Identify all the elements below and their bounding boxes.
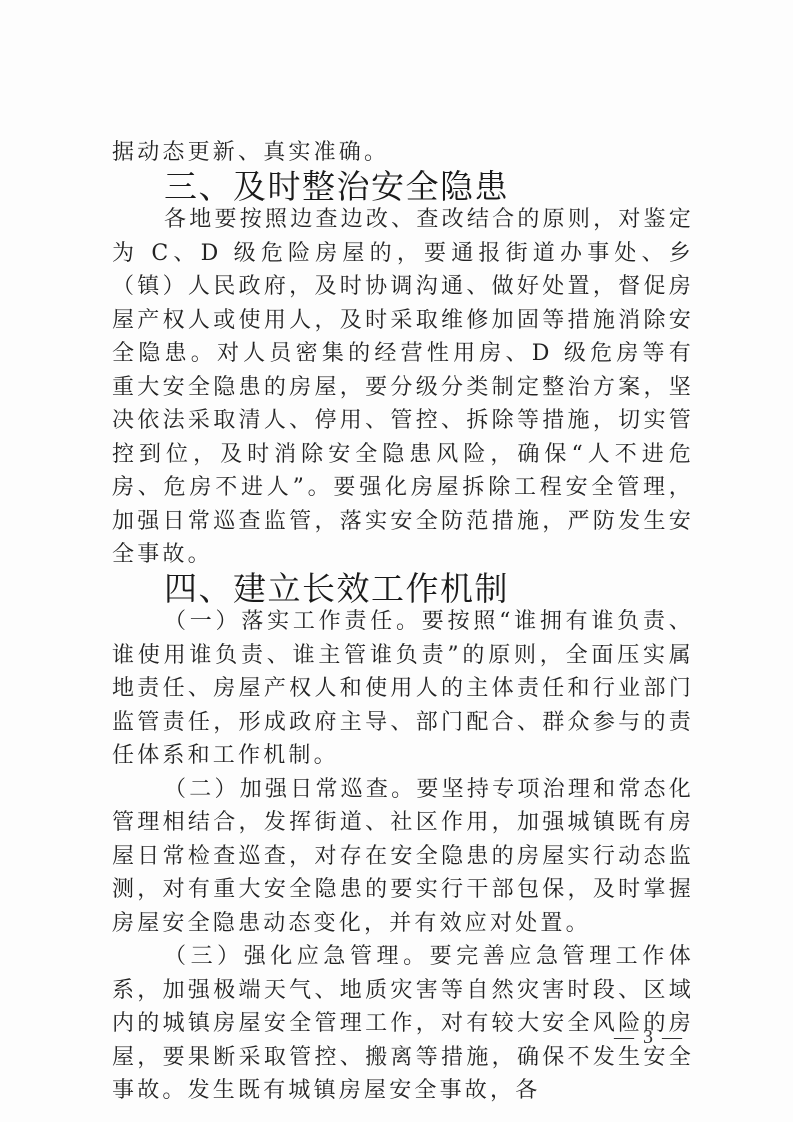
page-number: — 3 — <box>614 1026 684 1049</box>
paragraph-continuation: 据动态更新、真实准确。 <box>112 136 694 170</box>
paragraph-emergency-management: （三）强化应急管理。要完善应急管理工作体系，加强极端天气、地质灾害等自然灾害时段… <box>112 940 694 1108</box>
document-page: 据动态更新、真实准确。 三、及时整治安全隐患 各地要按照边查边改、查改结合的原则… <box>0 0 793 1122</box>
page-body: 据动态更新、真实准确。 三、及时整治安全隐患 各地要按照边查边改、查改结合的原则… <box>112 136 694 1108</box>
section-heading-3: 三、及时整治安全隐患 <box>112 170 694 204</box>
paragraph-responsibility: （一）落实工作责任。要按照“谁拥有谁负责、谁使用谁负责、谁主管谁负责”的原则，全… <box>112 605 694 773</box>
paragraph-hazard-remediation: 各地要按照边查边改、查改结合的原则，对鉴定为 C、D 级危险房屋的，要通报街道办… <box>112 203 694 572</box>
section-heading-4: 四、建立长效工作机制 <box>112 572 694 606</box>
paragraph-daily-inspection: （二）加强日常巡查。要坚持专项治理和常态化管理相结合，发挥街道、社区作用，加强城… <box>112 773 694 941</box>
